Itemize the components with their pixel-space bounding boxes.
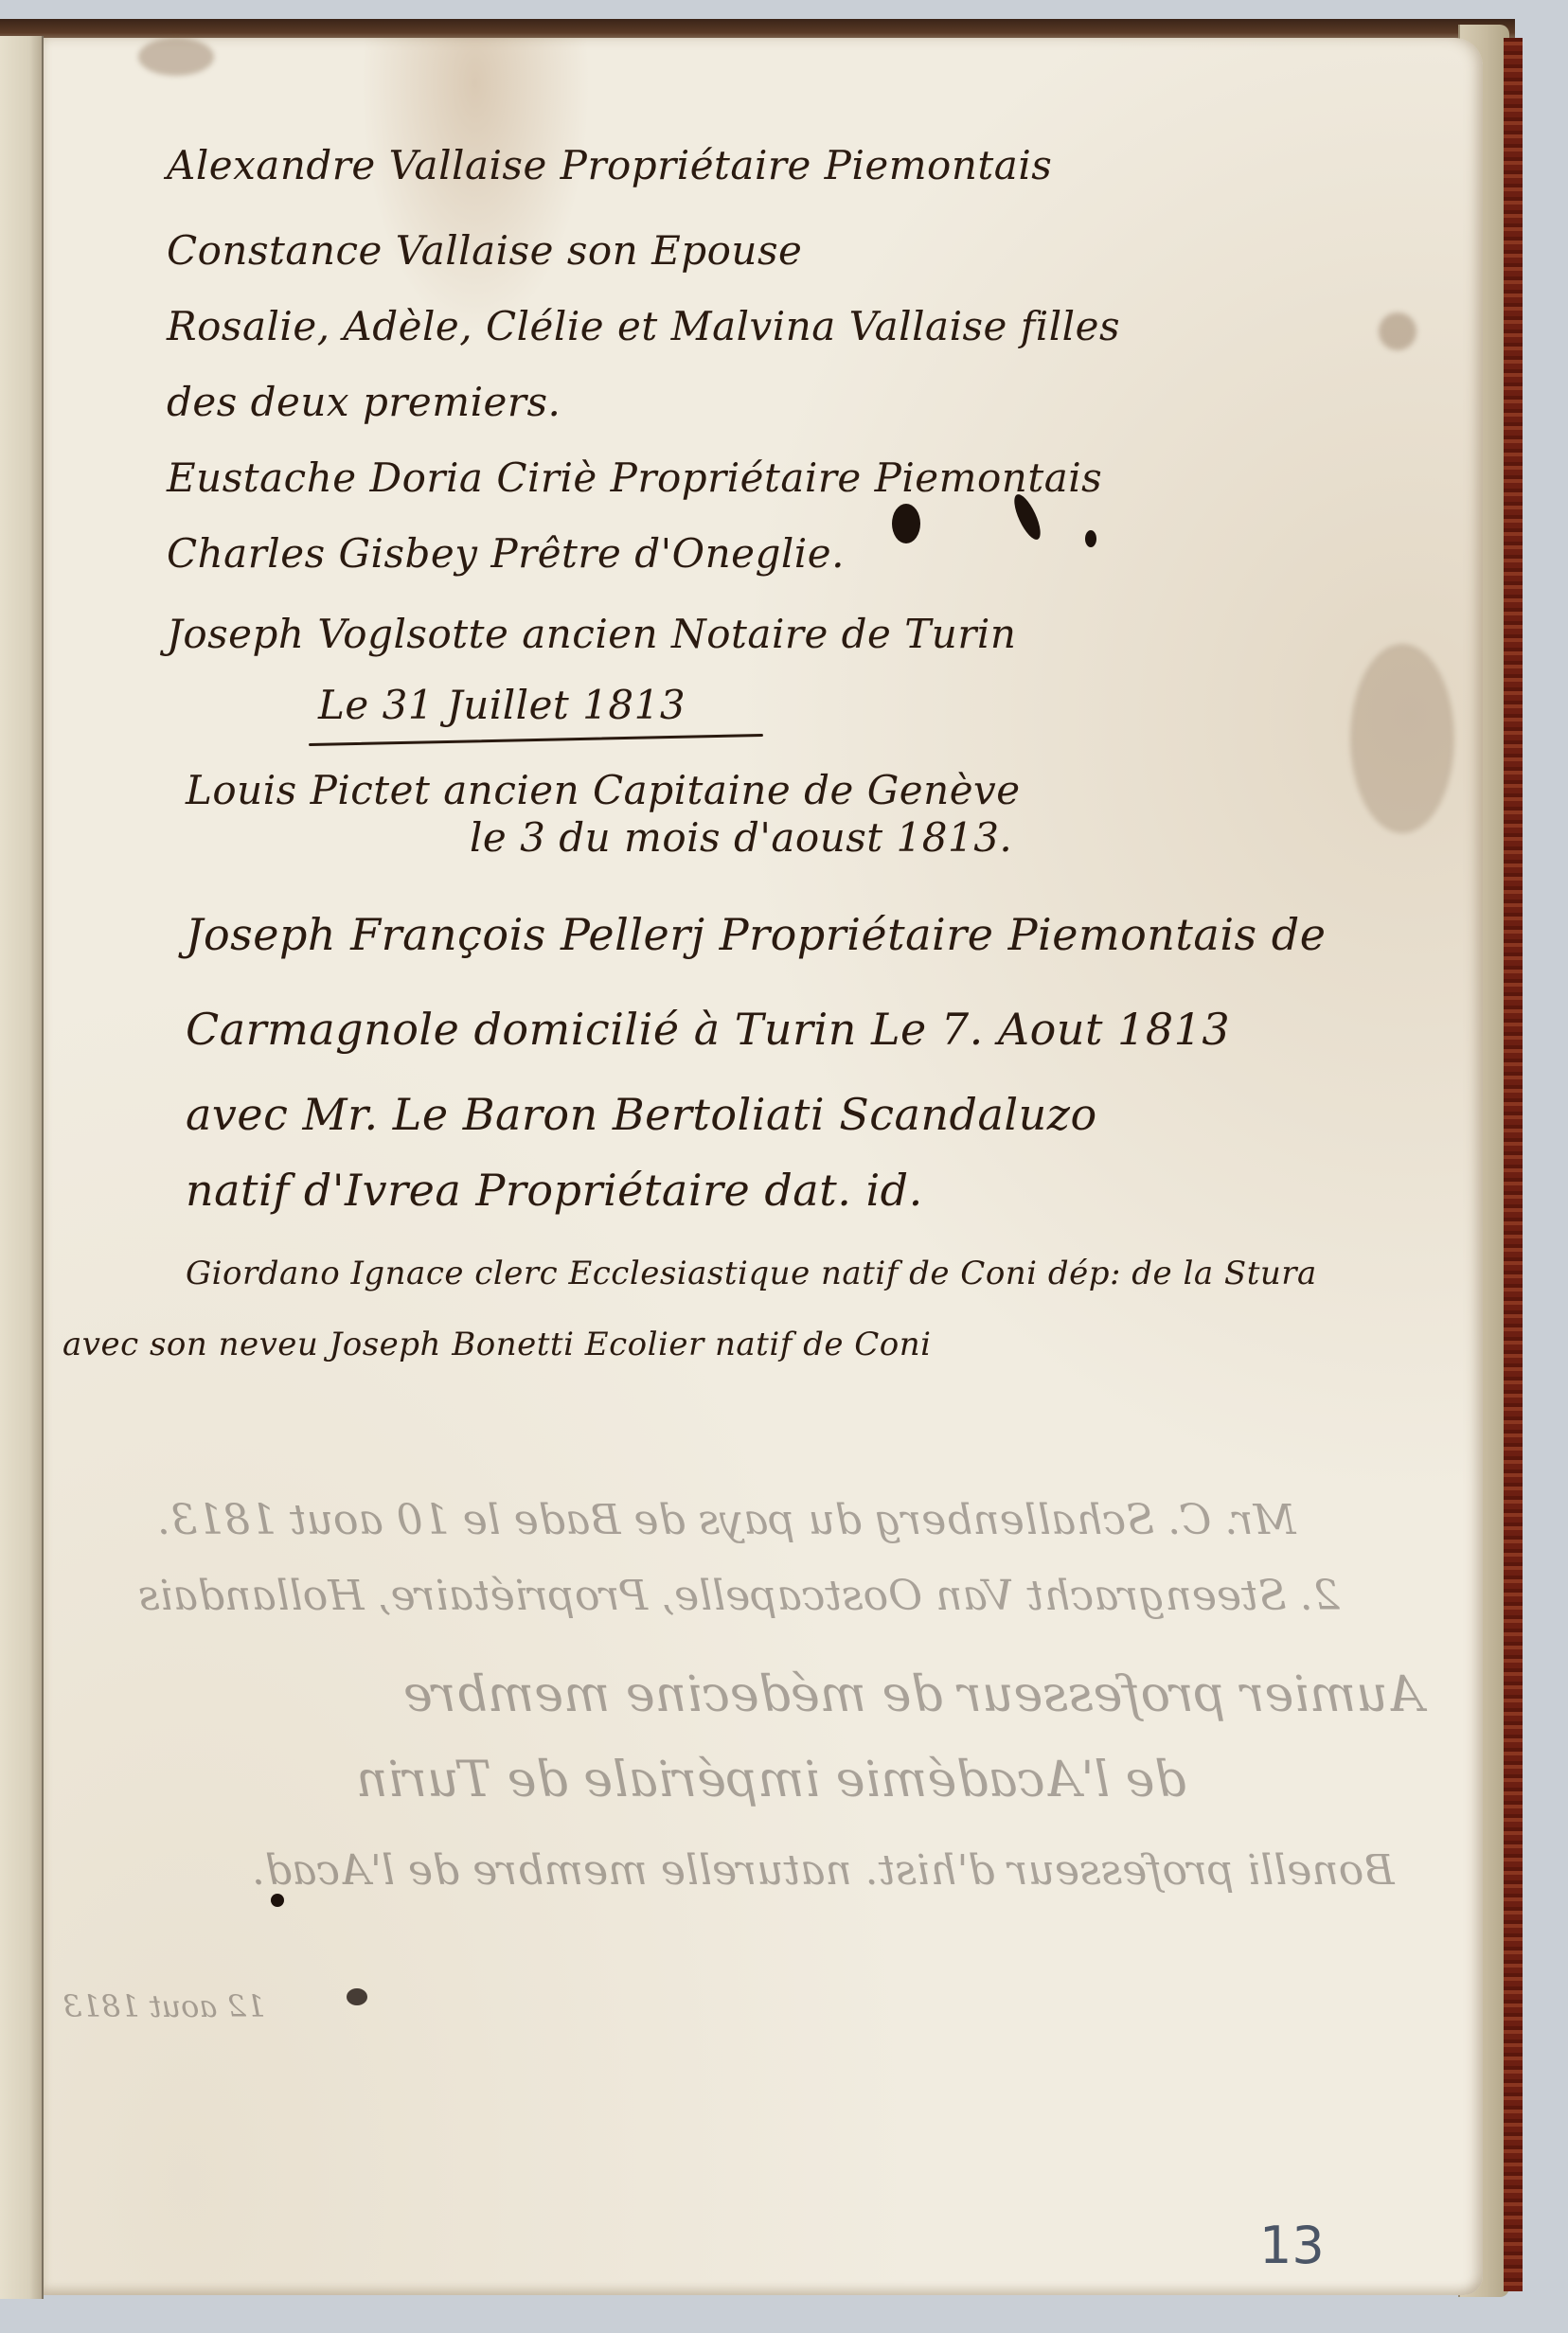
ink-blot — [347, 1988, 367, 2005]
register-entry: Alexandre Vallaise Propriétaire Piemonta… — [167, 142, 1052, 188]
bleed-through-date: 12 aout 1813 — [62, 1988, 265, 2024]
register-entry: Joseph François Pellerj Propriétaire Pie… — [186, 909, 1326, 960]
register-entry: Rosalie, Adèle, Clélie et Malvina Vallai… — [167, 303, 1120, 349]
bleed-through-line: Mr. C. Schallenberg du pays de Bade le 1… — [157, 1496, 1296, 1544]
facing-page-edge — [0, 36, 44, 2299]
register-entry: Carmagnole domicilié à Turin Le 7. Aout … — [186, 1004, 1230, 1055]
register-entry: des deux premiers. — [167, 379, 561, 425]
register-entry: Joseph Voglsotte ancien Notaire de Turin — [167, 611, 1016, 657]
entry-date: le 3 du mois d'aoust 1813. — [470, 814, 1012, 861]
register-entry: avec Mr. Le Baron Bertoliati Scandaluzo — [186, 1089, 1097, 1140]
register-entry: avec son neveu Joseph Bonetti Ecolier na… — [62, 1326, 932, 1363]
register-entry: Constance Vallaise son Epouse — [167, 227, 802, 274]
leather-cover-edge — [1504, 38, 1523, 2291]
register-entry: Giordano Ignace clerc Ecclesiastique nat… — [186, 1255, 1317, 1292]
bleed-through-line: Aumier professeur de médecine membre — [403, 1666, 1423, 1723]
entry-date: Le 31 Juillet 1813 — [318, 682, 686, 728]
register-entry: natif d'Ivrea Propriétaire dat. id. — [186, 1165, 923, 1216]
water-stain — [1379, 312, 1417, 350]
bleed-through-line: Bonelli professeur d'hist. naturelle mem… — [252, 1846, 1395, 1895]
water-stain — [138, 38, 214, 76]
register-entry: Eustache Doria Ciriè Propriétaire Piemon… — [167, 454, 1102, 501]
water-stain — [1350, 644, 1454, 833]
register-entry: Louis Pictet ancien Capitaine de Genève — [186, 767, 1021, 813]
date-underline — [309, 734, 763, 746]
ink-blot — [892, 504, 920, 543]
bleed-through-line: 2. Steengracht Van Oostcapelle, Propriét… — [138, 1572, 1340, 1620]
ink-blot — [271, 1894, 284, 1907]
folio-number: 13 — [1259, 2216, 1325, 2275]
manuscript-page: Mr. C. Schallenberg du pays de Bade le 1… — [44, 38, 1483, 2295]
register-entry: Charles Gisbey Prêtre d'Oneglie. — [167, 530, 845, 577]
ink-blot — [1085, 530, 1096, 547]
bleed-through-line: de l'Académie impériale de Turin — [356, 1752, 1186, 1808]
